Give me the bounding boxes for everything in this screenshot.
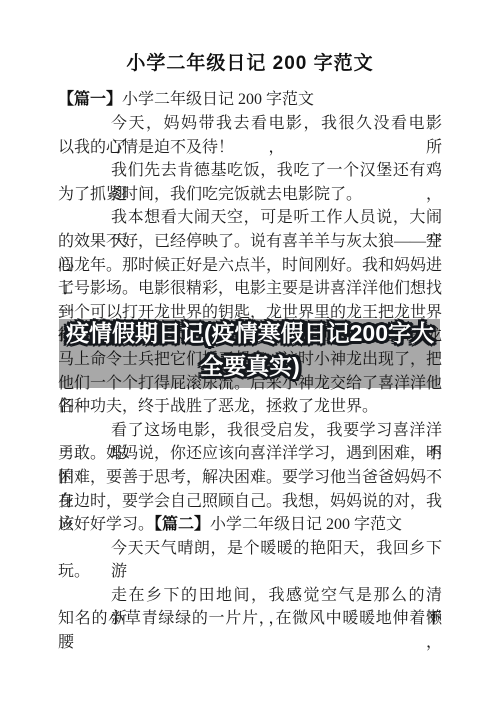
section-heading: 【篇一】小学二年级日记 200 字范文	[58, 88, 442, 112]
text-line: 困难，要善于思考，解决困难。要学习他当爸爸妈妈不在	[58, 466, 442, 490]
bold-text-segment: 【篇二】	[154, 516, 210, 533]
text-segment: 小学二年级日记 200 字范文	[210, 516, 402, 533]
watermark-title: 疫情假期日记(疫情寒假日记200字大全要真实)	[54, 317, 446, 383]
text-line: 走在乡下的田地间，我感觉空气是那么的清新，不	[58, 584, 442, 608]
text-line: 我们先去肯德基吃饭，我吃了一个汉堡还有鸡翅，	[58, 159, 442, 183]
document-title: 小学二年级日记 200 字范文	[58, 50, 442, 78]
text-line: 今天天气晴朗，是个暖暖的艳阳天，我回乡下游	[58, 537, 442, 561]
text-segment: 为了抓紧时间，我们吃完饭就去电影院了。	[58, 186, 362, 203]
bold-text-segment: 【篇一】	[58, 91, 122, 108]
document-page: 小学二年级日记 200 字范文 【篇一】小学二年级日记 200 字范文今天，妈妈…	[0, 0, 500, 706]
text-line: 的效果不好，已经停映了。说有喜羊羊与灰太狼——开心	[58, 230, 442, 254]
text-line: 我本想看大闹天空，可是听工作人员说，大闹天空	[58, 206, 442, 230]
text-segment: 各种功夫，终于战胜了恶龙，拯救了龙世界。	[58, 398, 378, 415]
text-segment: 该好好学习。	[58, 516, 154, 533]
watermark-title-line: 疫情假期日记(疫情寒假日记200字大	[54, 317, 446, 350]
text-line: 看了这场电影，我很受启发，我要学习喜洋洋聪明	[58, 419, 442, 443]
document-content: 小学二年级日记 200 字范文 【篇一】小学二年级日记 200 字范文今天，妈妈…	[0, 0, 500, 631]
text-line: 该好好学习。【篇二】小学二年级日记 200 字范文	[58, 513, 442, 537]
text-line: 今天，妈妈带我去看电影，我很久没看电影了，所	[58, 112, 442, 136]
text-segment: 玩。	[58, 563, 90, 580]
text-line: 勇敢。妈妈说，你还应该向喜洋洋学习，遇到困难，不怕	[58, 442, 442, 466]
text-segment: 知名的小草青绿绿的一片片，在微风中暖暖地伸着懒腰，	[58, 610, 442, 651]
text-segment: 以我的心情是迫不及待！	[58, 139, 234, 156]
text-line: 七号影场。电影很精彩，电影主要是讲喜洋洋他们想找到	[58, 277, 442, 301]
watermark-title-line: 全要真实)	[54, 350, 446, 383]
text-line: 知名的小草青绿绿的一片片，在微风中暖暖地伸着懒腰，	[58, 607, 442, 631]
text-segment: 小学二年级日记 200 字范文	[122, 91, 314, 108]
text-line: 身边时，要学会自己照顾自己。我想，妈妈说的对，我应	[58, 490, 442, 514]
text-line: 闯龙年。那时候正好是六点半，时间刚好。我和妈妈进了	[58, 254, 442, 278]
text-line: 各种功夫，终于战胜了恶龙，拯救了龙世界。	[58, 395, 442, 419]
